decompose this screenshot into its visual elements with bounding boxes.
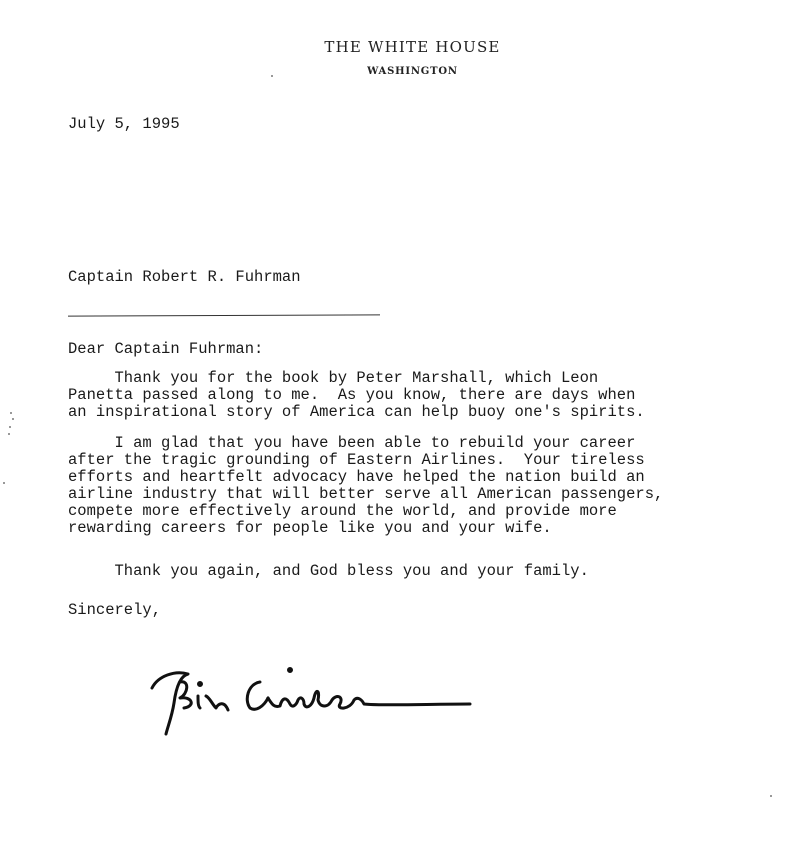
- letterhead-title: THE WHITE HOUSE: [18, 38, 789, 56]
- letterhead-subtitle: WASHINGTON: [18, 66, 789, 77]
- salutation: Dear Captain Fuhrman:: [68, 340, 263, 358]
- closing: Sincerely,: [68, 601, 161, 619]
- body-paragraph-2: I am glad that you have been able to reb…: [68, 435, 788, 537]
- body-paragraph-3: Thank you again, and God bless you and y…: [68, 563, 788, 580]
- recipient-name: Captain Robert R. Fuhrman: [68, 268, 301, 286]
- address-divider: [68, 314, 380, 316]
- signature-icon: Bill Clinton: [140, 648, 480, 738]
- letter-date: July 5, 1995: [68, 115, 180, 133]
- body-paragraph-1: Thank you for the book by Peter Marshall…: [68, 370, 788, 421]
